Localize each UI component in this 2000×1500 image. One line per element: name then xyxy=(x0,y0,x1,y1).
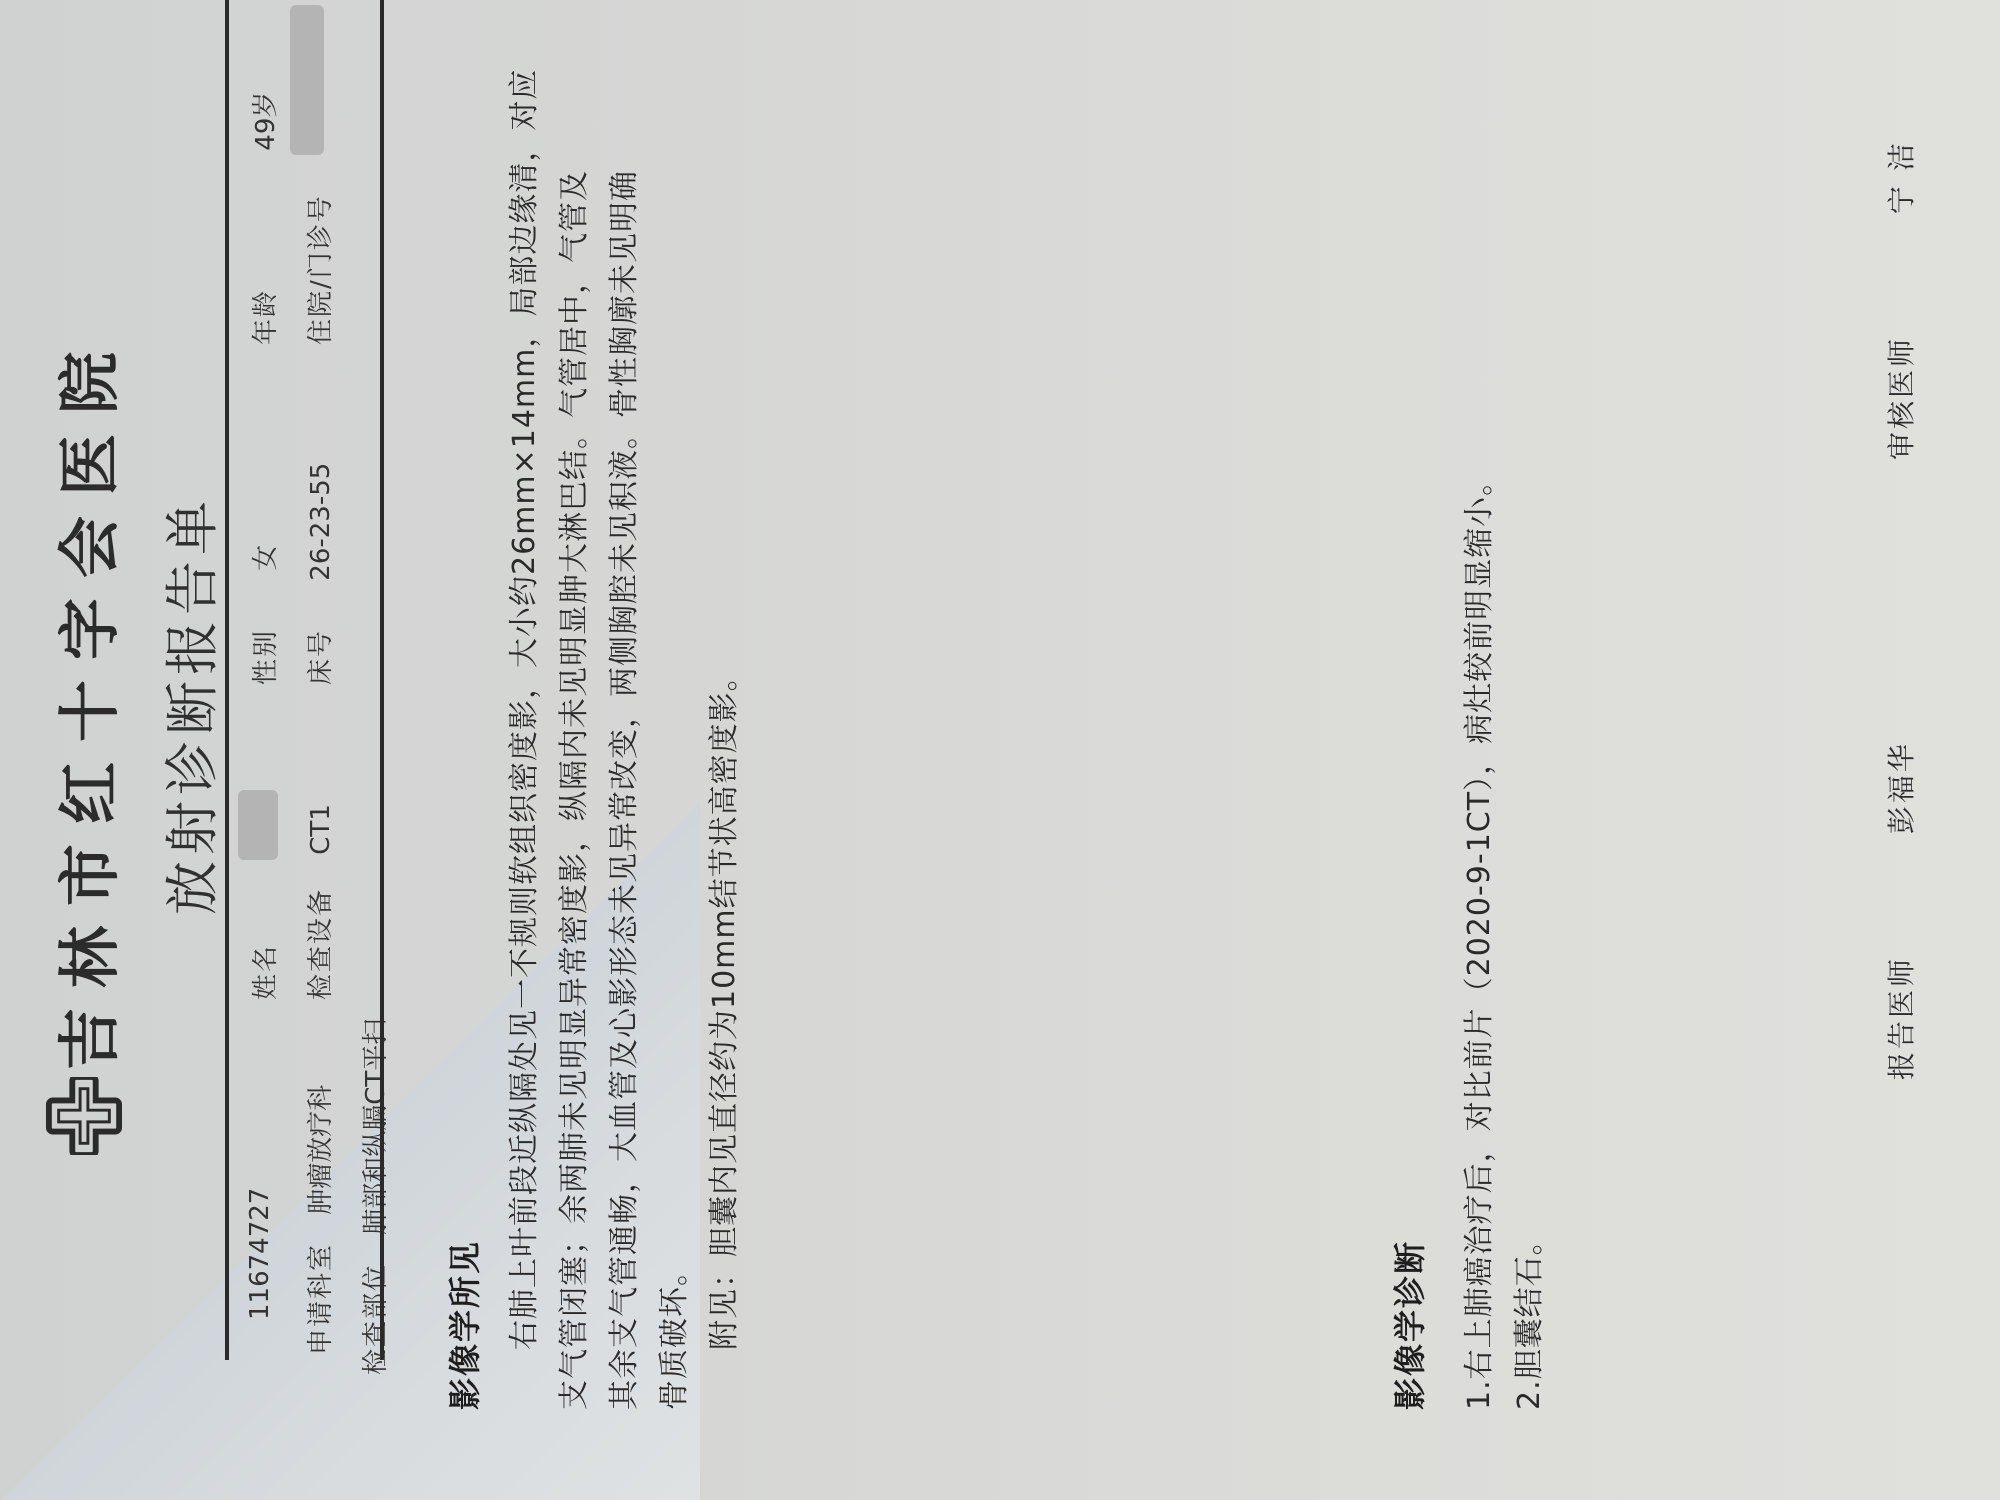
age-field: 年龄 49岁 xyxy=(245,92,282,345)
bed-value: 26-23-55 xyxy=(306,463,336,581)
red-cross-icon xyxy=(45,1077,123,1155)
findings-line: 骨质破坏。 xyxy=(650,69,700,1410)
bed-field: 床号 26-23-55 xyxy=(300,463,337,685)
device-value: CT1 xyxy=(306,804,336,855)
reviewer-signature: 审核医师 宁 洁 xyxy=(1880,140,1920,460)
reviewer-name: 宁 洁 xyxy=(1885,140,1918,214)
exam-site-label: 检查部位 xyxy=(361,1263,391,1375)
sex-value: 女 xyxy=(251,545,281,571)
age-label: 年龄 xyxy=(251,289,281,345)
device-field: 检查设备 CT1 xyxy=(300,804,337,1000)
findings-body: 右肺上叶前段近纵隔处见一不规则软组织密度影，大小约26mm×14mm，局部边缘清… xyxy=(500,69,750,1410)
name-label: 姓名 xyxy=(251,944,281,1000)
report-title: 放射诊断报告单 xyxy=(150,495,227,915)
reporter-signature: 报告医师 彭福华 xyxy=(1880,741,1920,1080)
department-value: 肿瘤放疗科 xyxy=(306,1085,336,1215)
findings-line: 右肺上叶前段近纵隔处见一不规则软组织密度影，大小约26mm×14mm，局部边缘清… xyxy=(500,69,550,1410)
exam-id-field: 11674727 xyxy=(245,1188,275,1320)
age-value: 49岁 xyxy=(251,92,281,151)
diagnosis-item: 2.胆囊结石。 xyxy=(1505,465,1555,1410)
findings-title: 影像学所见 xyxy=(440,1240,486,1410)
exam-site-value: 肺部和纵膈CT平扫 xyxy=(361,1019,391,1235)
redacted-name xyxy=(238,790,278,860)
inpatient-id-field: 住院/门诊号 xyxy=(300,194,337,345)
reporter-name: 彭福华 xyxy=(1885,741,1918,834)
diagnosis-item: 1.右上肺癌治疗后，对比前片（2020-9-1CT），病灶较前明显缩小。 xyxy=(1455,465,1505,1410)
header-divider xyxy=(225,0,229,1360)
department-field: 申请科室 肿瘤放疗科 xyxy=(300,1085,337,1355)
hospital-name: 吉林市红十字会医院 xyxy=(40,332,129,1070)
diagnosis-body: 1.右上肺癌治疗后，对比前片（2020-9-1CT），病灶较前明显缩小。 2.胆… xyxy=(1455,465,1555,1410)
inpatient-id-label: 住院/门诊号 xyxy=(306,194,336,345)
reviewer-label: 审核医师 xyxy=(1885,336,1918,460)
findings-line: 支气管闭塞；余两肺未见明显异常密度影，纵隔内未见明显肿大淋巴结。气管居中，气管及 xyxy=(550,69,600,1410)
exam-id-value: 11674727 xyxy=(245,1188,275,1320)
device-label: 检查设备 xyxy=(306,888,336,1000)
report-page: 吉林市红十字会医院 放射诊断报告单 11674727 姓名 性别 女 年龄 49… xyxy=(0,0,2000,1500)
department-label: 申请科室 xyxy=(306,1243,336,1355)
diagnosis-title: 影像学诊断 xyxy=(1385,1240,1431,1410)
name-field: 姓名 xyxy=(245,944,282,1000)
findings-addendum: 附见：胆囊内见直径约为10mm结节状高密度影。 xyxy=(700,69,750,1410)
bed-label: 床号 xyxy=(306,629,336,685)
sex-field: 性别 女 xyxy=(245,545,282,685)
sex-label: 性别 xyxy=(251,629,281,685)
redacted-inpatient-id xyxy=(290,5,324,155)
exam-site-field: 检查部位 肺部和纵膈CT平扫 xyxy=(355,1019,392,1375)
info-divider xyxy=(380,0,384,1360)
reporter-label: 报告医师 xyxy=(1885,956,1918,1080)
findings-line: 其余支气管通畅，大血管及心影形态未见异常改变，两侧胸腔未见积液。骨性胸廓未见明确 xyxy=(600,69,650,1410)
